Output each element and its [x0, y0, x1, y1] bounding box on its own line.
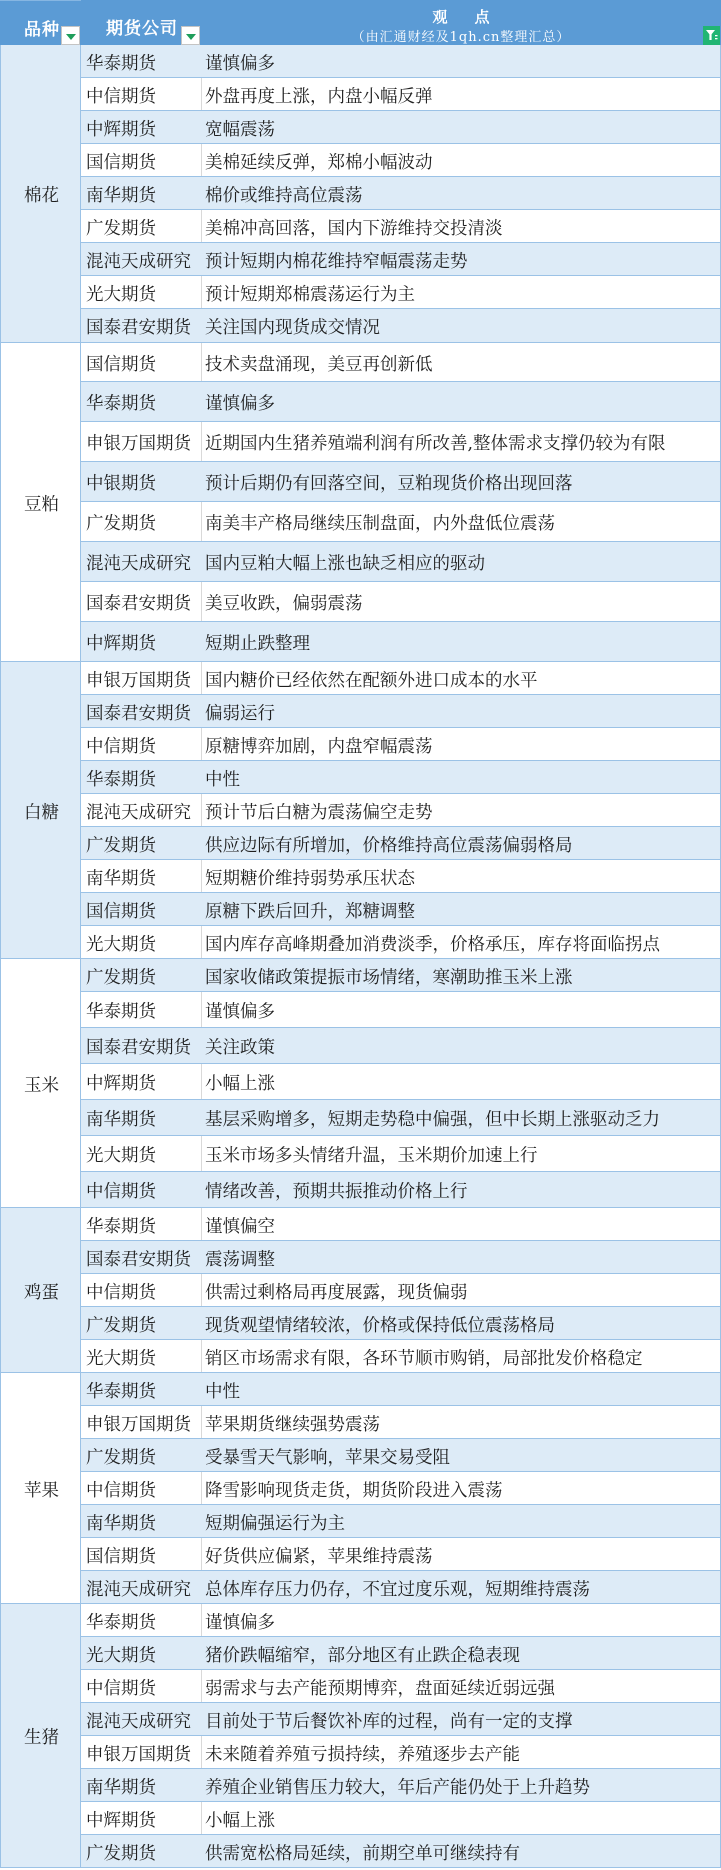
- table-row: 国泰君安期货偏弱运行: [81, 695, 721, 728]
- table-row: 混沌天成研究预计短期内棉花维持窄幅震荡走势: [81, 243, 721, 276]
- company-cell: 申银万国期货: [81, 1736, 201, 1768]
- view-cell: 国内糖价已经依然在配额外进口成本的水平: [201, 662, 720, 694]
- commodity-cell: 鸡蛋: [0, 1208, 81, 1373]
- dropdown-arrow-icon: [66, 34, 76, 40]
- view-cell: 关注政策: [201, 1028, 720, 1063]
- company-cell: 国泰君安期货: [81, 695, 201, 727]
- view-cell: 小幅上涨: [201, 1064, 720, 1099]
- company-cell: 国信期货: [81, 343, 201, 381]
- commodity-filter-button[interactable]: [61, 26, 80, 45]
- company-cell: 南华期货: [81, 1769, 201, 1801]
- company-cell: 南华期货: [81, 1100, 201, 1135]
- table-row: 南华期货养殖企业销售压力较大，年后产能仍处于上升趋势: [81, 1769, 721, 1802]
- dropdown-arrow-icon: [186, 34, 196, 40]
- company-cell: 广发期货: [81, 1439, 201, 1471]
- view-cell: 美棉冲高回落，国内下游维持交投清淡: [201, 210, 720, 242]
- company-cell: 中信期货: [81, 1274, 201, 1306]
- company-cell: 广发期货: [81, 827, 201, 859]
- view-cell: 美豆收跌，偏弱震荡: [201, 582, 720, 621]
- company-cell: 光大期货: [81, 1637, 201, 1669]
- table-row: 华泰期货中性: [81, 1373, 721, 1406]
- header-commodity: 品种: [0, 0, 81, 45]
- company-cell: 中辉期货: [81, 622, 201, 661]
- table-row: 中辉期货小幅上涨: [81, 1802, 721, 1835]
- table-row: 混沌天成研究目前处于节后餐饮补库的过程，尚有一定的支撑: [81, 1703, 721, 1736]
- view-cell: 原糖博弈加剧，内盘窄幅震荡: [201, 728, 720, 760]
- view-cell: 震荡调整: [201, 1241, 720, 1273]
- company-cell: 南华期货: [81, 860, 201, 892]
- table-row: 华泰期货谨慎偏多: [81, 992, 721, 1028]
- table-row: 中信期货降雪影响现货走货，期货阶段进入震荡: [81, 1472, 721, 1505]
- company-cell: 国信期货: [81, 1538, 201, 1570]
- table-row: 广发期货美棉冲高回落，国内下游维持交投清淡: [81, 210, 721, 243]
- table-row: 中银期货预计后期仍有回落空间，豆粕现货价格出现回落: [81, 462, 721, 502]
- company-cell: 光大期货: [81, 1340, 201, 1372]
- view-cell: 预计短期郑棉震荡运行为主: [201, 276, 720, 308]
- view-cell: 短期偏强运行为主: [201, 1505, 720, 1537]
- header-commodity-label: 品种: [24, 15, 60, 40]
- view-cell: 棉价或维持高位震荡: [201, 177, 720, 209]
- view-cell: 供需过剩格局再度展露，现货偏弱: [201, 1274, 720, 1306]
- view-cell: 国内豆粕大幅上涨也缺乏相应的驱动: [201, 542, 720, 581]
- company-cell: 混沌天成研究: [81, 794, 201, 826]
- company-cell: 华泰期货: [81, 1373, 201, 1405]
- section-rows: 华泰期货谨慎偏多 中信期货外盘再度上涨，内盘小幅反弹 中辉期货宽幅震荡 国信期货…: [81, 45, 721, 343]
- table-row: 南华期货短期偏强运行为主: [81, 1505, 721, 1538]
- company-cell: 中信期货: [81, 78, 201, 110]
- section-rows: 国信期货技术卖盘涌现，美豆再创新低 华泰期货谨慎偏多 申银万国期货近期国内生猪养…: [81, 343, 721, 662]
- table-row: 华泰期货中性: [81, 761, 721, 794]
- company-cell: 华泰期货: [81, 992, 201, 1027]
- view-cell: 玉米市场多头情绪升温，玉米期价加速上行: [201, 1136, 720, 1171]
- view-cell: 猪价跌幅缩窄，部分地区有止跌企稳表现: [201, 1637, 720, 1669]
- view-cell: 基层采购增多，短期走势稳中偏强，但中长期上涨驱动乏力: [201, 1100, 720, 1135]
- table-row: 中辉期货宽幅震荡: [81, 111, 721, 144]
- view-cell: 国家收储政策提振市场情绪，寒潮助推玉米上涨: [201, 959, 720, 991]
- table-row: 南华期货棉价或维持高位震荡: [81, 177, 721, 210]
- company-cell: 中信期货: [81, 1670, 201, 1702]
- view-cell: 未来随着养殖亏损持续，养殖逐步去产能: [201, 1736, 720, 1768]
- company-cell: 华泰期货: [81, 1208, 201, 1240]
- company-cell: 中信期货: [81, 1172, 201, 1207]
- table-row: 国信期货好货供应偏紧，苹果维持震荡: [81, 1538, 721, 1571]
- view-cell: 中性: [201, 1373, 720, 1405]
- section-corn: 玉米 广发期货国家收储政策提振市场情绪，寒潮助推玉米上涨 华泰期货谨慎偏多 国泰…: [0, 959, 721, 1208]
- table-row: 中信期货外盘再度上涨，内盘小幅反弹: [81, 78, 721, 111]
- commodity-cell: 白糖: [0, 662, 81, 959]
- view-cell: 目前处于节后餐饮补库的过程，尚有一定的支撑: [201, 1703, 720, 1735]
- company-filter-button[interactable]: [181, 26, 200, 45]
- view-cell: 南美丰产格局继续压制盘面，内外盘低位震荡: [201, 502, 720, 541]
- view-cell: 谨慎偏空: [201, 1208, 720, 1240]
- company-cell: 南华期货: [81, 177, 201, 209]
- view-cell: 总体库存压力仍存，不宜过度乐观，短期维持震荡: [201, 1571, 720, 1603]
- section-soybean-meal: 豆粕 国信期货技术卖盘涌现，美豆再创新低 华泰期货谨慎偏多 申银万国期货近期国内…: [0, 343, 721, 662]
- company-cell: 申银万国期货: [81, 422, 201, 461]
- table-row: 南华期货基层采购增多，短期走势稳中偏强，但中长期上涨驱动乏力: [81, 1100, 721, 1136]
- table-row: 国泰君安期货关注政策: [81, 1028, 721, 1064]
- company-cell: 广发期货: [81, 959, 201, 991]
- table-row: 光大期货玉米市场多头情绪升温，玉米期价加速上行: [81, 1136, 721, 1172]
- section-rows: 华泰期货谨慎偏多 光大期货猪价跌幅缩窄，部分地区有止跌企稳表现 中信期货弱需求与…: [81, 1604, 721, 1868]
- view-cell: 弱需求与去产能预期博弈，盘面延续近弱远强: [201, 1670, 720, 1702]
- view-cell: 技术卖盘涌现，美豆再创新低: [201, 343, 720, 381]
- section-rows: 华泰期货谨慎偏空 国泰君安期货震荡调整 中信期货供需过剩格局再度展露，现货偏弱 …: [81, 1208, 721, 1373]
- company-cell: 混沌天成研究: [81, 1703, 201, 1735]
- table-row: 中辉期货短期止跌整理: [81, 622, 721, 662]
- header-view: 观 点 （由汇通财经及1qh.cn整理汇总）: [201, 0, 721, 45]
- view-cell: 预计节后白糖为震荡偏空走势: [201, 794, 720, 826]
- section-egg: 鸡蛋 华泰期货谨慎偏空 国泰君安期货震荡调整 中信期货供需过剩格局再度展露，现货…: [0, 1208, 721, 1373]
- section-rows: 申银万国期货国内糖价已经依然在配额外进口成本的水平 国泰君安期货偏弱运行 中信期…: [81, 662, 721, 959]
- table-row: 混沌天成研究总体库存压力仍存，不宜过度乐观，短期维持震荡: [81, 1571, 721, 1604]
- company-cell: 混沌天成研究: [81, 542, 201, 581]
- company-cell: 中信期货: [81, 1472, 201, 1504]
- table-row: 国信期货美棉延续反弹，郑棉小幅波动: [81, 144, 721, 177]
- company-cell: 中辉期货: [81, 111, 201, 143]
- section-rows: 华泰期货中性 申银万国期货苹果期货继续强势震荡 广发期货受暴雪天气影响，苹果交易…: [81, 1373, 721, 1604]
- table-row: 广发期货南美丰产格局继续压制盘面，内外盘低位震荡: [81, 502, 721, 542]
- header-company-label: 期货公司: [106, 14, 178, 39]
- view-cell: 情绪改善，预期共振推动价格上行: [201, 1172, 720, 1207]
- company-cell: 混沌天成研究: [81, 1571, 201, 1603]
- table-row: 中信期货情绪改善，预期共振推动价格上行: [81, 1172, 721, 1208]
- company-cell: 光大期货: [81, 926, 201, 958]
- table-row: 申银万国期货国内糖价已经依然在配额外进口成本的水平: [81, 662, 721, 695]
- company-cell: 南华期货: [81, 1505, 201, 1537]
- view-cell: 短期止跌整理: [201, 622, 720, 661]
- filter-active-icon: [705, 29, 718, 42]
- futures-views-table: 品种 期货公司 观 点 （由汇通财经及1qh.cn整理汇总） 棉: [0, 0, 721, 1868]
- company-cell: 光大期货: [81, 276, 201, 308]
- table-row: 中辉期货小幅上涨: [81, 1064, 721, 1100]
- table-row: 南华期货短期糖价维持弱势承压状态: [81, 860, 721, 893]
- company-cell: 华泰期货: [81, 382, 201, 421]
- company-cell: 光大期货: [81, 1136, 201, 1171]
- company-cell: 中辉期货: [81, 1802, 201, 1834]
- commodity-cell: 生猪: [0, 1604, 81, 1868]
- table-row: 华泰期货谨慎偏空: [81, 1208, 721, 1241]
- company-cell: 广发期货: [81, 1835, 201, 1867]
- table-row: 国泰君安期货震荡调整: [81, 1241, 721, 1274]
- company-cell: 国泰君安期货: [81, 1028, 201, 1063]
- header-company: 期货公司: [81, 0, 201, 45]
- view-cell: 预计后期仍有回落空间，豆粕现货价格出现回落: [201, 462, 720, 501]
- company-cell: 华泰期货: [81, 1604, 201, 1636]
- header-view-title: 观 点: [201, 6, 721, 27]
- view-cell: 国内库存高峰期叠加消费淡季，价格承压，库存将面临拐点: [201, 926, 720, 958]
- table-row: 华泰期货谨慎偏多: [81, 1604, 721, 1637]
- table-row: 光大期货销区市场需求有限，各环节顺市购销，局部批发价格稳定: [81, 1340, 721, 1373]
- section-cotton: 棉花 华泰期货谨慎偏多 中信期货外盘再度上涨，内盘小幅反弹 中辉期货宽幅震荡 国…: [0, 45, 721, 343]
- table-row: 广发期货受暴雪天气影响，苹果交易受阻: [81, 1439, 721, 1472]
- table-row: 中信期货供需过剩格局再度展露，现货偏弱: [81, 1274, 721, 1307]
- company-cell: 国信期货: [81, 893, 201, 925]
- company-cell: 中银期货: [81, 462, 201, 501]
- table-row: 广发期货供需宽松格局延续，前期空单可继续持有: [81, 1835, 721, 1868]
- table-header: 品种 期货公司 观 点 （由汇通财经及1qh.cn整理汇总）: [0, 0, 721, 45]
- view-filter-button[interactable]: [703, 26, 720, 45]
- view-cell: 受暴雪天气影响，苹果交易受阻: [201, 1439, 720, 1471]
- table-row: 申银万国期货苹果期货继续强势震荡: [81, 1406, 721, 1439]
- view-cell: 关注国内现货成交情况: [201, 309, 720, 342]
- company-cell: 广发期货: [81, 1307, 201, 1339]
- table-row: 国信期货原糖下跌后回升，郑糖调整: [81, 893, 721, 926]
- company-cell: 国泰君安期货: [81, 582, 201, 621]
- view-cell: 中性: [201, 761, 720, 793]
- company-cell: 国泰君安期货: [81, 309, 201, 342]
- view-cell: 养殖企业销售压力较大，年后产能仍处于上升趋势: [201, 1769, 720, 1801]
- table-row: 混沌天成研究预计节后白糖为震荡偏空走势: [81, 794, 721, 827]
- table-row: 申银万国期货未来随着养殖亏损持续，养殖逐步去产能: [81, 1736, 721, 1769]
- view-cell: 短期糖价维持弱势承压状态: [201, 860, 720, 892]
- table-row: 华泰期货谨慎偏多: [81, 45, 721, 78]
- company-cell: 华泰期货: [81, 761, 201, 793]
- view-cell: 外盘再度上涨，内盘小幅反弹: [201, 78, 720, 110]
- view-cell: 小幅上涨: [201, 1802, 720, 1834]
- view-cell: 宽幅震荡: [201, 111, 720, 143]
- view-cell: 美棉延续反弹，郑棉小幅波动: [201, 144, 720, 176]
- view-cell: 谨慎偏多: [201, 992, 720, 1027]
- view-cell: 供应边际有所增加，价格维持高位震荡偏弱格局: [201, 827, 720, 859]
- view-cell: 苹果期货继续强势震荡: [201, 1406, 720, 1438]
- view-cell: 近期国内生猪养殖端利润有所改善,整体需求支撑仍较为有限: [201, 422, 720, 461]
- table-row: 光大期货国内库存高峰期叠加消费淡季，价格承压，库存将面临拐点: [81, 926, 721, 959]
- table-row: 广发期货现货观望情绪较浓，价格或保持低位震荡格局: [81, 1307, 721, 1340]
- view-cell: 降雪影响现货走货，期货阶段进入震荡: [201, 1472, 720, 1504]
- company-cell: 华泰期货: [81, 45, 201, 77]
- table-row: 光大期货猪价跌幅缩窄，部分地区有止跌企稳表现: [81, 1637, 721, 1670]
- table-row: 国泰君安期货美豆收跌，偏弱震荡: [81, 582, 721, 622]
- commodity-cell: 玉米: [0, 959, 81, 1208]
- view-cell: 偏弱运行: [201, 695, 720, 727]
- table-row: 中信期货弱需求与去产能预期博弈，盘面延续近弱远强: [81, 1670, 721, 1703]
- section-apple: 苹果 华泰期货中性 申银万国期货苹果期货继续强势震荡 广发期货受暴雪天气影响，苹…: [0, 1373, 721, 1604]
- company-cell: 中信期货: [81, 728, 201, 760]
- view-cell: 好货供应偏紧，苹果维持震荡: [201, 1538, 720, 1570]
- commodity-cell: 苹果: [0, 1373, 81, 1604]
- header-view-subtitle: （由汇通财经及1qh.cn整理汇总）: [201, 26, 721, 45]
- table-row: 申银万国期货近期国内生猪养殖端利润有所改善,整体需求支撑仍较为有限: [81, 422, 721, 462]
- company-cell: 国泰君安期货: [81, 1241, 201, 1273]
- view-cell: 谨慎偏多: [201, 45, 720, 77]
- section-sugar: 白糖 申银万国期货国内糖价已经依然在配额外进口成本的水平 国泰君安期货偏弱运行 …: [0, 662, 721, 959]
- view-cell: 谨慎偏多: [201, 382, 720, 421]
- commodity-cell: 豆粕: [0, 343, 81, 662]
- table-row: 广发期货国家收储政策提振市场情绪，寒潮助推玉米上涨: [81, 959, 721, 992]
- company-cell: 广发期货: [81, 502, 201, 541]
- company-cell: 广发期货: [81, 210, 201, 242]
- view-cell: 销区市场需求有限，各环节顺市购销，局部批发价格稳定: [201, 1340, 720, 1372]
- company-cell: 国信期货: [81, 144, 201, 176]
- company-cell: 申银万国期货: [81, 662, 201, 694]
- table-row: 广发期货供应边际有所增加，价格维持高位震荡偏弱格局: [81, 827, 721, 860]
- table-row: 国信期货技术卖盘涌现，美豆再创新低: [81, 343, 721, 382]
- view-cell: 现货观望情绪较浓，价格或保持低位震荡格局: [201, 1307, 720, 1339]
- table-row: 华泰期货谨慎偏多: [81, 382, 721, 422]
- section-rows: 广发期货国家收储政策提振市场情绪，寒潮助推玉米上涨 华泰期货谨慎偏多 国泰君安期…: [81, 959, 721, 1208]
- view-cell: 谨慎偏多: [201, 1604, 720, 1636]
- table-row: 中信期货原糖博弈加剧，内盘窄幅震荡: [81, 728, 721, 761]
- table-row: 混沌天成研究国内豆粕大幅上涨也缺乏相应的驱动: [81, 542, 721, 582]
- company-cell: 中辉期货: [81, 1064, 201, 1099]
- view-cell: 供需宽松格局延续，前期空单可继续持有: [201, 1835, 720, 1867]
- table-row: 光大期货预计短期郑棉震荡运行为主: [81, 276, 721, 309]
- commodity-cell: 棉花: [0, 45, 81, 343]
- view-cell: 原糖下跌后回升，郑糖调整: [201, 893, 720, 925]
- section-live-hog: 生猪 华泰期货谨慎偏多 光大期货猪价跌幅缩窄，部分地区有止跌企稳表现 中信期货弱…: [0, 1604, 721, 1868]
- view-cell: 预计短期内棉花维持窄幅震荡走势: [201, 243, 720, 275]
- company-cell: 申银万国期货: [81, 1406, 201, 1438]
- table-row: 国泰君安期货关注国内现货成交情况: [81, 309, 721, 343]
- company-cell: 混沌天成研究: [81, 243, 201, 275]
